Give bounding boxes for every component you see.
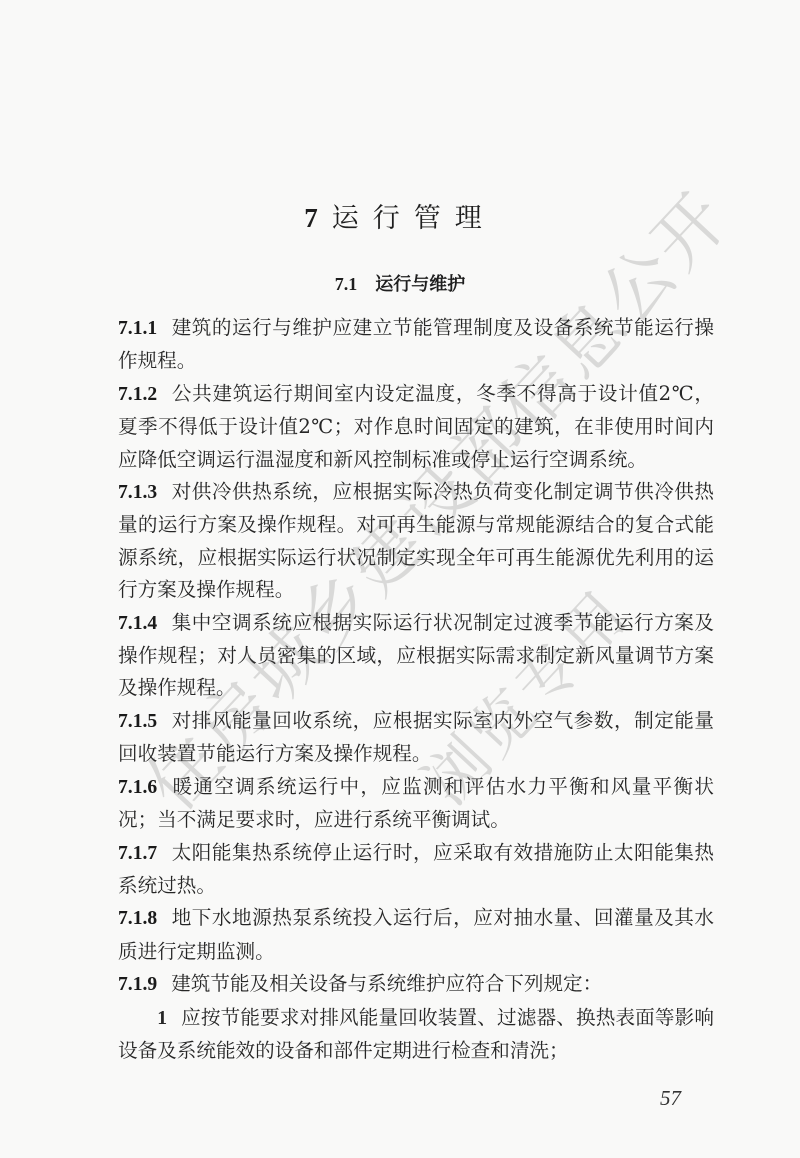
clause-number: 7.1.9 [118, 974, 157, 995]
clause-number: 7.1.2 [118, 384, 157, 405]
clause-number: 7.1.6 [118, 777, 157, 798]
item-number: 1 [157, 1008, 167, 1029]
section-title: 7.1运行与维护 [0, 270, 800, 296]
clause-7-1-1: 7.1.1建筑的运行与维护应建立节能管理制度及设备系统节能运行操作规程。 [118, 312, 714, 378]
item-text: 应按节能要求对排风能量回收装置、过滤器、换热表面等影响设备及系统能效的设备和部件… [118, 1006, 714, 1062]
clause-7-1-4: 7.1.4集中空调系统应根据实际运行状况制定过渡季节能运行方案及操作规程；对人员… [118, 607, 714, 705]
clause-7-1-9: 7.1.9建筑节能及相关设备与系统维护应符合下列规定： [118, 968, 714, 1001]
clause-number: 7.1.3 [118, 482, 157, 503]
clause-7-1-2: 7.1.2公共建筑运行期间室内设定温度，冬季不得高于设计值2℃，夏季不得低于设计… [118, 378, 714, 476]
clause-7-1-8: 7.1.8地下水地源热泵系统投入运行后，应对抽水量、回灌量及其水质进行定期监测。 [118, 902, 714, 968]
chapter-title: 7运行管理 [0, 196, 800, 235]
clause-number: 7.1.4 [118, 613, 157, 634]
clause-text: 建筑节能及相关设备与系统维护应符合下列规定： [171, 972, 602, 995]
section-number: 7.1 [335, 274, 358, 294]
document-page: 7运行管理 7.1运行与维护 7.1.1建筑的运行与维护应建立节能管理制度及设备… [0, 0, 800, 1158]
page-number: 57 [660, 1086, 681, 1111]
clause-text: 暖通空调系统运行中，应监测和评估水力平衡和风量平衡状况；当不满足要求时，应进行系… [118, 775, 714, 831]
clause-text: 对供冷供热系统，应根据实际冷热负荷变化制定调节供冷供热量的运行方案及操作规程。对… [118, 480, 714, 601]
clause-7-1-7: 7.1.7太阳能集热系统停止运行时，应采取有效措施防止太阳能集热系统过热。 [118, 837, 714, 903]
clause-number: 7.1.8 [118, 908, 157, 929]
clause-7-1-3: 7.1.3对供冷供热系统，应根据实际冷热负荷变化制定调节供冷供热量的运行方案及操… [118, 476, 714, 607]
clause-text: 公共建筑运行期间室内设定温度，冬季不得高于设计值2℃，夏季不得低于设计值2℃；对… [118, 382, 714, 471]
section-title-text: 运行与维护 [375, 274, 465, 295]
clause-number: 7.1.1 [118, 318, 157, 339]
clause-text: 地下水地源热泵系统投入运行后，应对抽水量、回灌量及其水质进行定期监测。 [118, 906, 714, 962]
clause-text: 太阳能集热系统停止运行时，应采取有效措施防止太阳能集热系统过热。 [118, 841, 714, 897]
clause-7-1-5: 7.1.5对排风能量回收系统，应根据实际室内外空气参数，制定能量回收装置节能运行… [118, 705, 714, 771]
clause-text: 集中空调系统应根据实际运行状况制定过渡季节能运行方案及操作规程；对人员密集的区域… [118, 611, 714, 700]
clause-text: 对排风能量回收系统，应根据实际室内外空气参数，制定能量回收装置节能运行方案及操作… [118, 709, 714, 765]
clause-text: 建筑的运行与维护应建立节能管理制度及设备系统节能运行操作规程。 [118, 316, 714, 372]
chapter-title-text: 运行管理 [332, 203, 496, 234]
clause-number: 7.1.5 [118, 711, 157, 732]
clause-number: 7.1.7 [118, 843, 157, 864]
body-text: 7.1.1建筑的运行与维护应建立节能管理制度及设备系统节能运行操作规程。 7.1… [118, 312, 714, 1067]
clause-item-1: 1应按节能要求对排风能量回收装置、过滤器、换热表面等影响设备及系统能效的设备和部… [118, 1002, 714, 1068]
chapter-number: 7 [304, 203, 318, 233]
clause-7-1-6: 7.1.6暖通空调系统运行中，应监测和评估水力平衡和风量平衡状况；当不满足要求时… [118, 771, 714, 837]
